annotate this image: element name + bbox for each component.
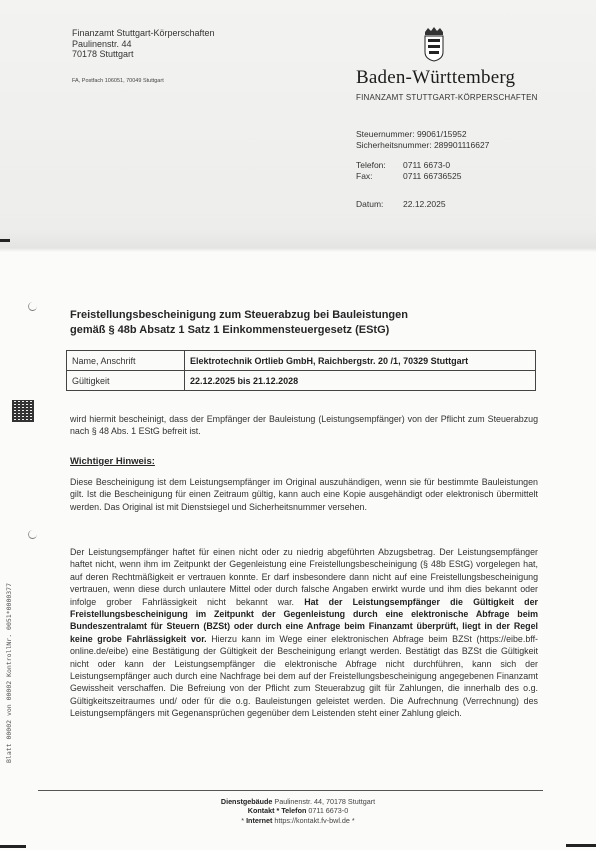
- title-line-2: gemäß § 48b Absatz 1 Satz 1 Einkommenste…: [70, 323, 408, 338]
- fax-row: Fax: 0711 66736525: [356, 171, 489, 182]
- certificate-table: Name, Anschrift Elektrotechnik Ortlieb G…: [66, 350, 536, 391]
- liability-part-2: Hierzu kann im Wege einer elektronischen…: [70, 634, 538, 718]
- contact-label: Kontakt * Telefon: [248, 806, 307, 815]
- coat-of-arms-icon: [422, 26, 446, 62]
- document-page: Finanzamt Stuttgart-Körperschaften Pauli…: [0, 0, 596, 850]
- footer-internet: * Internet https://kontakt.fv-bwl.de *: [0, 816, 596, 825]
- building-label: Dienstgebäude: [221, 797, 273, 806]
- internet-link[interactable]: https://kontakt.fv-bwl.de *: [272, 816, 354, 825]
- sender-address: Finanzamt Stuttgart-Körperschaften Pauli…: [72, 28, 215, 60]
- name-value: Elektrotechnik Ortlieb GmbH, Raichbergst…: [185, 351, 536, 371]
- tax-office-name: FINANZAMT STUTTGART-KÖRPERSCHAFTEN: [356, 93, 538, 102]
- page-control-note: Blatt 00002 von 00002 KontrollNr. 0051*0…: [3, 548, 15, 798]
- punch-hole: [28, 530, 37, 539]
- tax-number: Steuernummer: 99061/15952: [356, 129, 489, 140]
- sender-name: Finanzamt Stuttgart-Körperschaften: [72, 28, 215, 39]
- sender-street: Paulinenstr. 44: [72, 39, 215, 50]
- footer-building: Dienstgebäude Paulinenstr. 44, 70178 Stu…: [0, 797, 596, 806]
- liability-text: Der Leistungsempfänger haftet für einen …: [70, 546, 538, 720]
- footer-contact: Kontakt * Telefon 0711 6673-0: [0, 806, 596, 815]
- fold-mark: [0, 239, 10, 242]
- title-line-1: Freistellungsbescheinigung zum Steuerabz…: [70, 308, 408, 323]
- footer: Dienstgebäude Paulinenstr. 44, 70178 Stu…: [0, 797, 596, 825]
- name-label: Name, Anschrift: [67, 351, 185, 371]
- important-note-text: Diese Bescheinigung ist dem Leistungsemp…: [70, 476, 538, 513]
- table-row: Name, Anschrift Elektrotechnik Ortlieb G…: [67, 351, 536, 371]
- fax-label: Fax:: [356, 171, 403, 182]
- fold-mark: [0, 845, 26, 848]
- table-row: Gültigkeit 22.12.2025 bis 21.12.2028: [67, 371, 536, 391]
- certification-text: wird hiermit bescheinigt, dass der Empfä…: [70, 413, 538, 438]
- validity-label: Gültigkeit: [67, 371, 185, 391]
- fax-value: 0711 66736525: [403, 171, 461, 182]
- validity-value: 22.12.2025 bis 21.12.2028: [185, 371, 536, 391]
- datamatrix-code-icon: [12, 400, 34, 422]
- phone-value: 0711 6673-0: [403, 160, 450, 171]
- brand-name: Baden-Württemberg: [356, 67, 515, 89]
- phone-label: Telefon:: [356, 160, 403, 171]
- reference-info: Steuernummer: 99061/15952 Sicherheitsnum…: [356, 129, 489, 181]
- document-title: Freistellungsbescheinigung zum Steuerabz…: [70, 308, 408, 338]
- footer-divider: [38, 790, 543, 791]
- contact-phone: 0711 6673-0: [306, 806, 348, 815]
- page-control-text: Blatt 00002 von 00002 KontrollNr. 0051*0…: [5, 583, 13, 763]
- date-row: Datum: 22.12.2025: [356, 199, 446, 209]
- internet-label: Internet: [246, 816, 272, 825]
- important-note-heading: Wichtiger Hinweis:: [70, 456, 155, 467]
- punch-hole: [28, 302, 37, 311]
- building-address: Paulinenstr. 44, 70178 Stuttgart: [272, 797, 375, 806]
- date-value: 22.12.2025: [403, 199, 446, 209]
- date-label: Datum:: [356, 199, 403, 209]
- phone-row: Telefon: 0711 6673-0: [356, 160, 489, 171]
- return-address: FA, Postfach 106051, 70049 Stuttgart: [72, 78, 164, 84]
- fold-mark: [566, 844, 596, 847]
- sender-city: 70178 Stuttgart: [72, 49, 215, 60]
- security-number: Sicherheitsnummer: 289901116627: [356, 140, 489, 151]
